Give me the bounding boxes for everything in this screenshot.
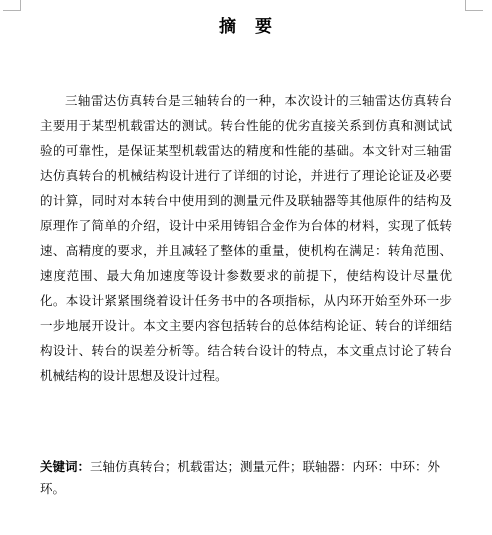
abstract-paragraph: 三轴雷达仿真转台是三轴转台的一种，本次设计的三轴雷达仿真转台主要用于某型机载雷达… — [40, 89, 452, 389]
document-page: 摘 要 三轴雷达仿真转台是三轴转台的一种，本次设计的三轴雷达仿真转台主要用于某型… — [0, 0, 492, 535]
text-boundary-mark-top-left — [3, 0, 21, 11]
keywords-text: 三轴仿真转台；机载雷达；测量元件；联轴器：内环：中环：外环。 — [40, 460, 440, 496]
keywords-line: 关键词：三轴仿真转台；机载雷达；测量元件；联轴器：内环：中环：外环。 — [40, 456, 452, 500]
page-title: 摘 要 — [0, 0, 492, 39]
keywords-label: 关键词： — [40, 460, 90, 474]
text-boundary-mark-top-right — [465, 0, 483, 11]
